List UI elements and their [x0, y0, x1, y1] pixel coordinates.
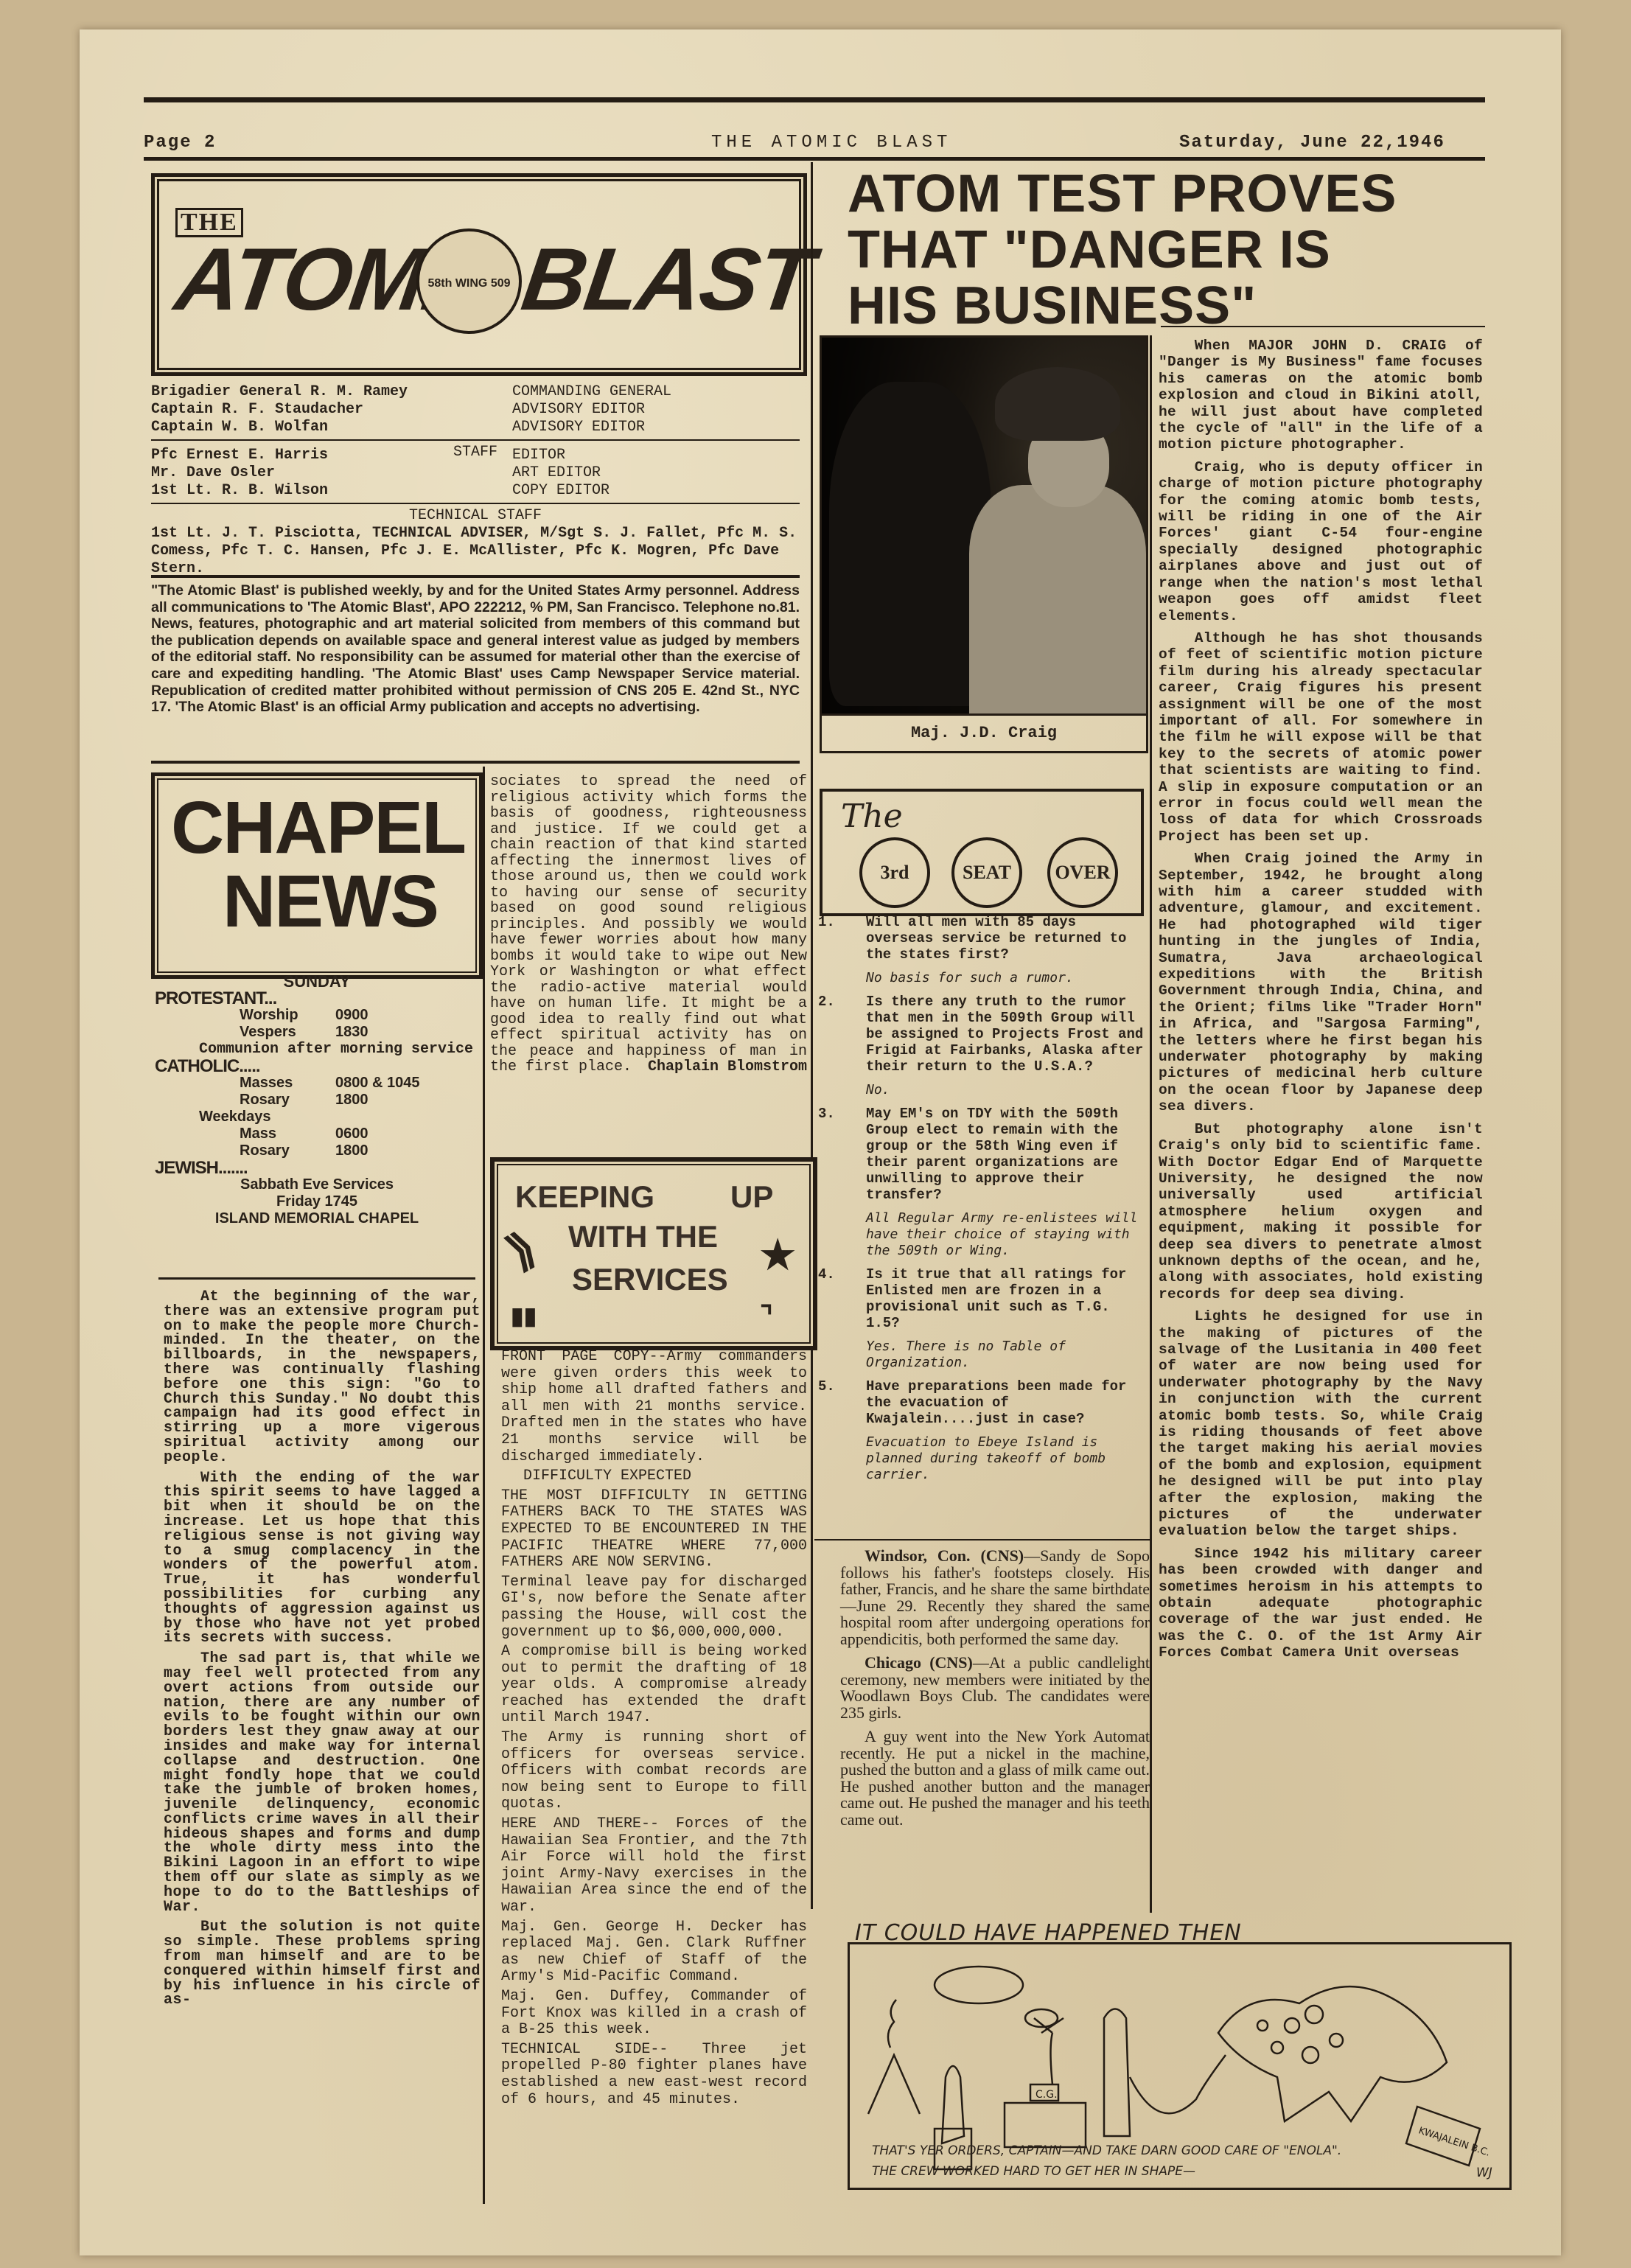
- schedule-rule: [158, 1277, 475, 1280]
- editorial-paragraph: With the ending of the war this spirit s…: [164, 1471, 481, 1647]
- photo-figure-shirt: [969, 485, 1146, 713]
- service-time: 1800: [335, 1142, 369, 1159]
- movie-camera-image: [829, 382, 991, 706]
- lead-paragraph: When Craig joined the Army in September,…: [1159, 851, 1483, 1115]
- paper-name: THE ATOMIC BLAST: [711, 133, 951, 153]
- staff-name: Mr. Dave Osler: [151, 464, 512, 482]
- question-text: Is it true that all ratings for Enlisted…: [866, 1266, 1146, 1331]
- service-name: Masses: [240, 1075, 335, 1092]
- notice-bottom-rule: [151, 761, 800, 764]
- question-number: 2.: [818, 994, 866, 1075]
- lead-headline: ATOM TEST PROVES THAT "DANGER IS HIS BUS…: [848, 166, 1397, 334]
- question: 2.Is there any truth to the rumor that m…: [818, 994, 1146, 1075]
- jewish-label: JEWISH.......: [155, 1159, 479, 1176]
- cns-brief: Windsor, Con. (CNS)—Sandy de Sopo follow…: [840, 1548, 1150, 1647]
- craig-photo: [820, 335, 1148, 716]
- communion-note: Communion after morning service: [155, 1041, 479, 1058]
- services-paragraph: Maj. Gen. Duffey, Commander of Fort Knox…: [501, 1989, 807, 2039]
- answer-text: All Regular Army re-enlistees will have …: [818, 1210, 1146, 1259]
- service-name: Mass: [240, 1126, 335, 1142]
- question-number: 1.: [818, 914, 866, 963]
- question-text: Is there any truth to the rumor that men…: [866, 994, 1146, 1075]
- sabbath-time: Friday 1745: [155, 1193, 479, 1210]
- cns-dateline: Chicago (CNS): [865, 1653, 973, 1672]
- service-name: Vespers: [240, 1024, 335, 1041]
- cartoon-caption-1: THAT'S YER ORDERS, CAPTAIN—AND TAKE DARN…: [872, 2143, 1341, 2158]
- cartoonist-signature: WJ: [1476, 2166, 1492, 2180]
- staff-role: COPY EDITOR: [512, 482, 610, 500]
- schedule-item: Mass0600: [155, 1126, 479, 1142]
- lead-paragraph: Craig, who is deputy officer in charge o…: [1159, 459, 1483, 624]
- photo-figure-hat: [995, 367, 1120, 441]
- atomic-blast-logo: THE ATOMIC 58th WING 509 BLAST: [151, 173, 807, 376]
- staff-row: Pfc Ernest E. HarrisEDITOR: [151, 447, 800, 464]
- schedule-day: SUNDAY: [155, 973, 479, 990]
- chapel-news-title-box: CHAPEL NEWS: [151, 772, 483, 979]
- staff-name: Pfc Ernest E. Harris: [151, 447, 512, 464]
- service-time: 0900: [335, 1007, 369, 1024]
- chapel-editorial-col2: sociates to spread the need of religious…: [490, 774, 807, 1075]
- technical-staff-heading: TECHNICAL STAFF: [151, 507, 800, 525]
- keeping-up-with-services-title: KEEPING UP WITH THE SERVICES ⟫ ★ ▮▮ ⌝: [490, 1157, 817, 1350]
- bars-insignia-icon: ▮▮: [511, 1302, 537, 1330]
- question-number: 5.: [818, 1378, 866, 1427]
- svg-text:C.G.: C.G.: [1035, 2089, 1058, 2101]
- cartoon-caption-2: THE CREW WORKED HARD TO GET HER IN SHAPE…: [872, 2164, 1195, 2179]
- answer-text: Yes. There is no Table of Organization.: [818, 1339, 1146, 1371]
- photo-caption: Maj. J.D. Craig: [820, 713, 1148, 753]
- question-text: May EM's on TDY with the 509th Group ele…: [866, 1106, 1146, 1203]
- staff-name: 1st Lt. R. B. Wilson: [151, 482, 512, 500]
- question-text: Will all men with 85 days overseas servi…: [866, 914, 1146, 963]
- staff-row: Captain W. B. WolfanADVISORY EDITOR: [151, 419, 800, 436]
- question-number: 4.: [818, 1266, 866, 1331]
- schedule-item: Rosary1800: [155, 1092, 479, 1109]
- schedule-item: Vespers1830: [155, 1024, 479, 1041]
- question: 1.Will all men with 85 days overseas ser…: [818, 914, 1146, 963]
- question: 5.Have preparations been made for the ev…: [818, 1378, 1146, 1427]
- answer-text: No.: [818, 1082, 1146, 1098]
- services-paragraph: Terminal leave pay for discharged GI's, …: [501, 1574, 807, 1641]
- schedule-item: Rosary1800: [155, 1142, 479, 1159]
- chapel-location: ISLAND MEMORIAL CHAPEL: [155, 1210, 479, 1227]
- staff-role: ADVISORY EDITOR: [512, 419, 645, 436]
- service-time: 0800 & 1045: [335, 1075, 420, 1092]
- editorial-cartoon: C.G. KWAJALEIN B.C. THAT'S YER ORDERS, C…: [848, 1942, 1512, 2190]
- staff-box: Brigadier General R. M. RameyCOMMANDING …: [151, 383, 800, 578]
- headline-rule: [1161, 326, 1485, 327]
- question: 3.May EM's on TDY with the 509th Group e…: [818, 1106, 1146, 1203]
- answer-text: Evacuation to Ebeye Island is planned du…: [818, 1434, 1146, 1483]
- service-name: Rosary: [240, 1142, 335, 1159]
- staff-name: Brigadier General R. M. Ramey: [151, 383, 512, 401]
- seat-circle-over: OVER: [1047, 837, 1118, 908]
- staff-role: ART EDITOR: [512, 464, 601, 482]
- service-time: 1800: [335, 1092, 369, 1109]
- question-text: Have preparations been made for the evac…: [866, 1378, 1146, 1427]
- service-name: Rosary: [240, 1092, 335, 1109]
- protestant-label: PROTESTANT...: [155, 990, 479, 1007]
- cns-dateline: Windsor, Con. (CNS): [865, 1546, 1024, 1565]
- publication-notice: "The Atomic Blast' is published weekly, …: [151, 582, 800, 716]
- third-seat-over-title: The 3rd SEAT OVER: [820, 789, 1144, 916]
- header-rule: [144, 157, 1485, 161]
- services-news: FRONT PAGE COPY--Army commanders were gi…: [501, 1349, 807, 2111]
- issue-date: Saturday, June 22,1946: [1179, 133, 1445, 153]
- seat-circle-seat: SEAT: [951, 837, 1022, 908]
- staff-bottom-rule: [151, 575, 800, 578]
- schedule-item: Worship0900: [155, 1007, 479, 1024]
- services-paragraph: The Army is running short of officers fo…: [501, 1730, 807, 1813]
- chapel-schedule: SUNDAY PROTESTANT... Worship0900Vespers1…: [155, 973, 479, 1227]
- schedule-item: Masses0800 & 1045: [155, 1075, 479, 1092]
- qa-list: 1.Will all men with 85 days overseas ser…: [818, 914, 1146, 1490]
- col-divider-3: [1150, 335, 1152, 1913]
- catholic-label: CATHOLIC.....: [155, 1058, 479, 1075]
- cns-briefs: Windsor, Con. (CNS)—Sandy de Sopo follow…: [840, 1548, 1150, 1835]
- technical-staff-list: 1st Lt. J. T. Pisciotta, TECHNICAL ADVIS…: [151, 525, 800, 578]
- staff-row: 1st Lt. R. B. WilsonCOPY EDITOR: [151, 482, 800, 500]
- services-paragraph: HERE AND THERE-- Forces of the Hawaiian …: [501, 1816, 807, 1916]
- services-subhead: DIFFICULTY EXPECTED: [501, 1468, 807, 1485]
- page-number: Page 2: [144, 133, 216, 153]
- lead-paragraph: When MAJOR JOHN D. CRAIG of "Danger is M…: [1159, 338, 1483, 453]
- services-paragraph: Maj. Gen. George H. Decker has replaced …: [501, 1919, 807, 1986]
- editorial-paragraph: The sad part is, that while we may feel …: [164, 1652, 481, 1914]
- staff-row: Captain R. F. StaudacherADVISORY EDITOR: [151, 401, 800, 419]
- col-divider-2: [811, 162, 813, 1909]
- chevron-insignia-icon: ⟫: [498, 1221, 545, 1278]
- chapel-editorial-col1: At the beginning of the war, there was a…: [164, 1290, 481, 2014]
- services-paragraph: FRONT PAGE COPY--Army commanders were gi…: [501, 1349, 807, 1465]
- question: 4.Is it true that all ratings for Enlist…: [818, 1266, 1146, 1331]
- sabbath-service: Sabbath Eve Services: [155, 1176, 479, 1193]
- lead-paragraph: But photography alone isn't Craig's only…: [1159, 1121, 1483, 1302]
- staff-row: Brigadier General R. M. RameyCOMMANDING …: [151, 383, 800, 401]
- staff-name: Captain W. B. Wolfan: [151, 419, 512, 436]
- lead-paragraph: Lights he designed for use in the making…: [1159, 1308, 1483, 1540]
- chaplain-signature: Chaplain Blomstrom: [648, 1059, 807, 1075]
- question-number: 3.: [818, 1106, 866, 1203]
- weekdays-label: Weekdays: [155, 1109, 479, 1126]
- staff-role: ADVISORY EDITOR: [512, 401, 645, 419]
- lead-paragraph: Since 1942 his military career has been …: [1159, 1546, 1483, 1661]
- qa-bottom-rule: [814, 1539, 1150, 1541]
- rocker-insignia-icon: ⌝: [760, 1300, 773, 1333]
- col-divider-1: [483, 767, 485, 2204]
- wing-emblem-icon: 58th WING 509: [416, 228, 522, 334]
- services-paragraph: THE MOST DIFFICULTY IN GETTING FATHERS B…: [501, 1488, 807, 1571]
- service-time: 0600: [335, 1126, 369, 1142]
- staff-role: COMMANDING GENERAL: [512, 383, 671, 401]
- star-insignia-icon: ★: [760, 1232, 795, 1278]
- editorial-paragraph: But the solution is not quite so simple.…: [164, 1920, 481, 2008]
- top-rule: [144, 97, 1485, 102]
- services-paragraph: TECHNICAL SIDE-- Three jet propelled P-8…: [501, 2042, 807, 2108]
- lead-paragraph: Although he has shot thousands of feet o…: [1159, 630, 1483, 845]
- service-name: Worship: [240, 1007, 335, 1024]
- lead-story-body: When MAJOR JOHN D. CRAIG of "Danger is M…: [1159, 338, 1483, 1667]
- cns-brief: Chicago (CNS)—At a public candlelight ce…: [840, 1655, 1150, 1721]
- logo-blast: BLAST: [516, 228, 817, 330]
- service-time: 1830: [335, 1024, 369, 1041]
- chapel-news-title: CHAPEL NEWS: [171, 791, 465, 938]
- answer-text: No basis for such a rumor.: [818, 970, 1146, 986]
- staff-role: EDITOR: [512, 447, 565, 464]
- seat-circle-3rd: 3rd: [859, 837, 930, 908]
- staff-row: Mr. Dave OslerART EDITOR: [151, 464, 800, 482]
- cns-brief: A guy went into the New York Automat rec…: [840, 1728, 1150, 1828]
- staff-name: Captain R. F. Staudacher: [151, 401, 512, 419]
- editorial-paragraph: At the beginning of the war, there was a…: [164, 1290, 481, 1465]
- services-paragraph: A compromise bill is being worked out to…: [501, 1644, 807, 1727]
